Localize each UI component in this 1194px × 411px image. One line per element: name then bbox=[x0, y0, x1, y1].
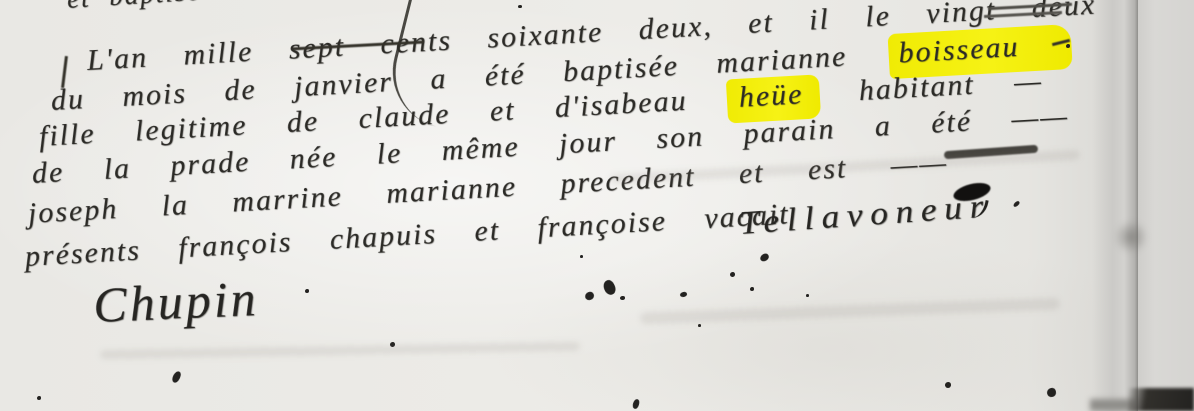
ink-speck bbox=[750, 287, 754, 291]
page-edge-smudge bbox=[1114, 220, 1148, 254]
signature-chupin: Chupin bbox=[92, 269, 260, 334]
show-through-streak bbox=[100, 342, 580, 359]
ink-speck bbox=[305, 289, 309, 293]
page-edge-outer bbox=[1138, 0, 1194, 411]
ink-speck bbox=[171, 370, 182, 384]
ink-speck bbox=[1046, 387, 1056, 397]
ink-speck bbox=[806, 294, 809, 297]
cut-top-line: et baptisé bbox=[66, 0, 202, 15]
show-through-streak bbox=[640, 298, 1060, 325]
ink-speck bbox=[730, 272, 735, 277]
ink-speck bbox=[1013, 200, 1021, 208]
ink-speck bbox=[601, 278, 617, 296]
ink-speck bbox=[580, 255, 583, 258]
page-edge-band bbox=[1092, 0, 1138, 411]
ink-speck bbox=[620, 296, 625, 300]
ink-speck bbox=[584, 291, 595, 302]
ink-speck bbox=[759, 252, 770, 263]
scan-corner-shadow bbox=[1128, 388, 1194, 411]
ink-speck bbox=[680, 291, 688, 297]
ink-speck bbox=[37, 396, 41, 400]
ink-speck bbox=[518, 5, 522, 8]
ink-speck bbox=[632, 398, 640, 409]
manuscript-page: et baptisé L'an mille sept cents soixant… bbox=[0, 0, 1194, 411]
line-text: et baptisé bbox=[66, 0, 202, 14]
ink-speck bbox=[698, 324, 701, 327]
ink-speck bbox=[945, 382, 951, 388]
ink-speck bbox=[1066, 44, 1070, 48]
